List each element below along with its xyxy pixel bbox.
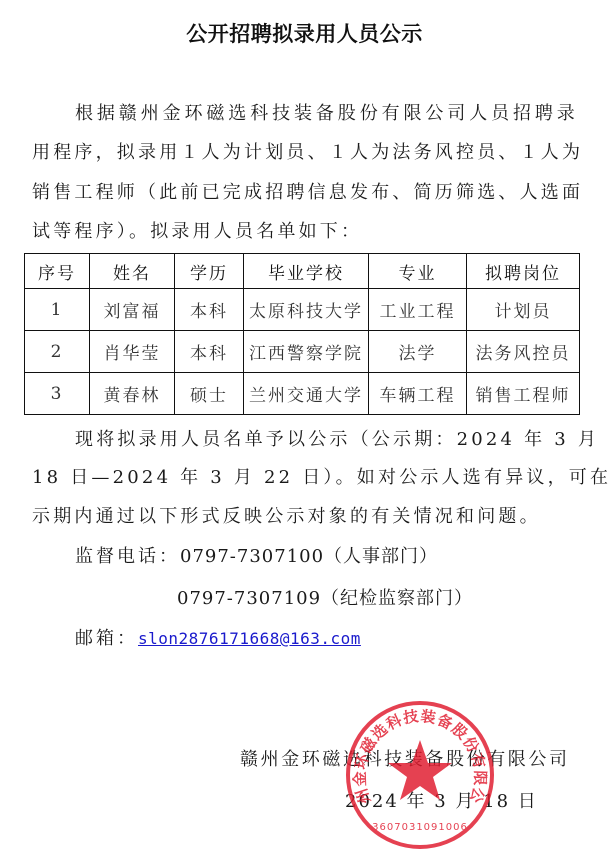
header-position: 拟聘岗位	[467, 254, 580, 289]
notice-line-1: 现将拟录用人员名单予以公示（公示期：2024 年 3 月	[75, 428, 578, 452]
phone-discipline: 0797-7307109（纪检监察部门）	[177, 588, 473, 609]
header-index: 序号	[25, 254, 90, 289]
cell-index: 1	[25, 289, 90, 331]
cell-major: 工业工程	[369, 289, 467, 331]
header-degree: 学历	[175, 254, 244, 289]
phone-label: 监督电话：	[75, 546, 180, 567]
table-row: 1 刘富福 本科 太原科技大学 工业工程 计划员	[25, 289, 580, 331]
intro-line-2: 用程序，拟录用１人为计划员、１人为法务风控员、１人为	[32, 141, 578, 165]
cell-major: 法学	[369, 331, 467, 373]
notice-line-2: 18 日—2024 年 3 月 22 日）。如对公示人选有异议，可在公	[32, 466, 578, 490]
intro-line-3: 销售工程师（此前已完成招聘信息发布、简历筛选、人选面	[32, 181, 578, 205]
intro-line-1: 根据赣州金环磁选科技装备股份有限公司人员招聘录	[75, 102, 578, 126]
official-seal-icon: 赣州金环磁选科技装备股份有限公司 3607031091006	[345, 700, 495, 850]
seal-code: 3607031091006	[372, 822, 468, 833]
cell-school: 江西警察学院	[244, 331, 369, 373]
signature-company: 赣州金环磁选科技装备股份有限公司	[240, 748, 570, 772]
cell-major: 车辆工程	[369, 373, 467, 415]
email-link[interactable]: slon2876171668@163.com	[138, 629, 361, 648]
cell-name: 刘富福	[90, 289, 175, 331]
cell-degree: 本科	[175, 331, 244, 373]
intro-line-4: 试等程序）。拟录用人员名单如下：	[32, 220, 362, 244]
email-row: 邮箱：slon2876171668@163.com	[75, 627, 361, 651]
table-header-row: 序号 姓名 学历 毕业学校 专业 拟聘岗位	[25, 254, 580, 289]
phone-hr: 0797-7307100（人事部门）	[180, 546, 438, 567]
cell-school: 太原科技大学	[244, 289, 369, 331]
table-row: 2 肖华莹 本科 江西警察学院 法学 法务风控员	[25, 331, 580, 373]
notice-line-3: 示期内通过以下形式反映公示对象的有关情况和问题。	[32, 505, 541, 529]
cell-position: 计划员	[467, 289, 580, 331]
header-name: 姓名	[90, 254, 175, 289]
cell-position: 销售工程师	[467, 373, 580, 415]
table-row: 3 黄春林 硕士 兰州交通大学 车辆工程 销售工程师	[25, 373, 580, 415]
cell-school: 兰州交通大学	[244, 373, 369, 415]
cell-name: 黄春林	[90, 373, 175, 415]
cell-degree: 本科	[175, 289, 244, 331]
cell-name: 肖华莹	[90, 331, 175, 373]
phone-row-1: 监督电话：0797-7307100（人事部门）	[75, 545, 438, 569]
signature-date: 2024 年 3 月 18 日	[345, 790, 538, 814]
cell-degree: 硕士	[175, 373, 244, 415]
email-label: 邮箱：	[75, 628, 138, 649]
cell-index: 2	[25, 331, 90, 373]
cell-position: 法务风控员	[467, 331, 580, 373]
phone-row-2: 0797-7307109（纪检监察部门）	[177, 587, 473, 611]
cell-index: 3	[25, 373, 90, 415]
header-school: 毕业学校	[244, 254, 369, 289]
candidate-table: 序号 姓名 学历 毕业学校 专业 拟聘岗位 1 刘富福 本科 太原科技大学 工业…	[24, 253, 580, 415]
page-title: 公开招聘拟录用人员公示	[0, 18, 609, 48]
header-major: 专业	[369, 254, 467, 289]
